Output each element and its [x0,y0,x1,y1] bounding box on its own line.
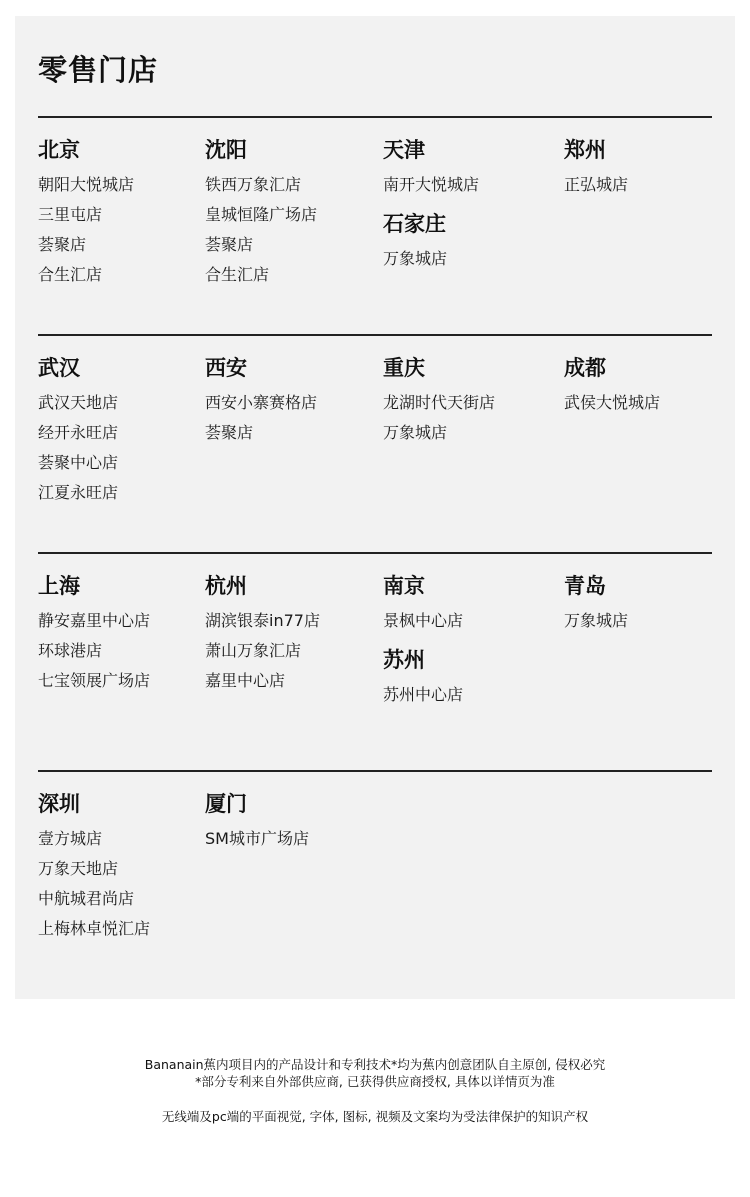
city-group-wuhan: 武汉 武汉天地店 经开永旺店 荟聚中心店 江夏永旺店 [38,354,118,508]
city-heading: 苏州 [383,646,463,674]
city-heading: 深圳 [38,790,150,818]
city-heading: 杭州 [205,572,320,600]
city-heading: 上海 [38,572,150,600]
store-item: 景枫中心店 [383,606,463,636]
city-column: 天津 南开大悦城店 石家庄 万象城店 [383,136,479,274]
city-column: 青岛 万象城店 [564,572,628,636]
city-group-chongqing: 重庆 龙湖时代天街店 万象城店 [383,354,495,448]
store-item: 万象城店 [383,244,479,274]
city-column: 沈阳 铁西万象汇店 皇城恒隆广场店 荟聚店 合生汇店 [205,136,317,290]
city-heading: 石家庄 [383,210,479,238]
city-heading: 北京 [38,136,134,164]
city-group-suzhou: 苏州 苏州中心店 [383,646,463,710]
city-column: 杭州 湖滨银泰in77店 萧山万象汇店 嘉里中心店 [205,572,320,696]
store-item: 南开大悦城店 [383,170,479,200]
store-item: 武汉天地店 [38,388,118,418]
city-heading: 青岛 [564,572,628,600]
store-item: 经开永旺店 [38,418,118,448]
store-item: 萧山万象汇店 [205,636,320,666]
city-heading: 西安 [205,354,317,382]
city-heading: 南京 [383,572,463,600]
city-column: 上海 静安嘉里中心店 环球港店 七宝领展广场店 [38,572,150,696]
city-group-qingdao: 青岛 万象城店 [564,572,628,636]
city-column: 成都 武侯大悦城店 [564,354,660,418]
city-heading: 重庆 [383,354,495,382]
section-divider [38,334,712,336]
city-group-shanghai: 上海 静安嘉里中心店 环球港店 七宝领展广场店 [38,572,150,696]
footer-line-ip: 无线端及pc端的平面视觉, 字体, 图标, 视频及文案均为受法律保护的知识产权 [0,1108,750,1125]
store-item: 万象城店 [383,418,495,448]
store-item: SM城市广场店 [205,824,309,854]
store-item: 西安小寨赛格店 [205,388,317,418]
store-item: 合生汇店 [205,260,317,290]
city-group-beijing: 北京 朝阳大悦城店 三里屯店 荟聚店 合生汇店 [38,136,134,290]
city-column: 厦门 SM城市广场店 [205,790,309,854]
store-item: 合生汇店 [38,260,134,290]
store-item: 荟聚中心店 [38,448,118,478]
store-item: 七宝领展广场店 [38,666,150,696]
store-item: 嘉里中心店 [205,666,320,696]
store-item: 苏州中心店 [383,680,463,710]
city-column: 重庆 龙湖时代天街店 万象城店 [383,354,495,448]
city-heading: 厦门 [205,790,309,818]
store-item: 万象天地店 [38,854,150,884]
city-group-tianjin: 天津 南开大悦城店 [383,136,479,200]
store-item: 三里屯店 [38,200,134,230]
store-item: 皇城恒隆广场店 [205,200,317,230]
footer-line-patent: *部分专利来自外部供应商, 已获得供应商授权, 具体以详情页为准 [0,1073,750,1090]
city-heading: 郑州 [564,136,628,164]
store-item: 正弘城店 [564,170,628,200]
store-item: 武侯大悦城店 [564,388,660,418]
store-item: 上梅林卓悦汇店 [38,914,150,944]
city-heading: 成都 [564,354,660,382]
store-item: 中航城君尚店 [38,884,150,914]
store-item: 荟聚店 [205,230,317,260]
store-item: 荟聚店 [205,418,317,448]
city-group-chengdu: 成都 武侯大悦城店 [564,354,660,418]
city-group-nanjing: 南京 景枫中心店 [383,572,463,636]
city-column: 郑州 正弘城店 [564,136,628,200]
city-group-zhengzhou: 郑州 正弘城店 [564,136,628,200]
store-item: 铁西万象汇店 [205,170,317,200]
city-heading: 武汉 [38,354,118,382]
store-item: 环球港店 [38,636,150,666]
city-column: 北京 朝阳大悦城店 三里屯店 荟聚店 合生汇店 [38,136,134,290]
city-column: 武汉 武汉天地店 经开永旺店 荟聚中心店 江夏永旺店 [38,354,118,508]
footer-notice: Bananain蕉内项目内的产品设计和专利技术*均为蕉内创意团队自主原创, 侵权… [0,1056,750,1125]
city-heading: 天津 [383,136,479,164]
city-group-shenyang: 沈阳 铁西万象汇店 皇城恒隆广场店 荟聚店 合生汇店 [205,136,317,290]
section-divider [38,116,712,118]
footer-line-copyright: Bananain蕉内项目内的产品设计和专利技术*均为蕉内创意团队自主原创, 侵权… [0,1056,750,1073]
city-group-shenzhen: 深圳 壹方城店 万象天地店 中航城君尚店 上梅林卓悦汇店 [38,790,150,944]
city-group-shijiazhuang: 石家庄 万象城店 [383,210,479,274]
city-column: 深圳 壹方城店 万象天地店 中航城君尚店 上梅林卓悦汇店 [38,790,150,944]
store-item: 荟聚店 [38,230,134,260]
store-item: 朝阳大悦城店 [38,170,134,200]
city-group-xiamen: 厦门 SM城市广场店 [205,790,309,854]
store-item: 万象城店 [564,606,628,636]
store-item: 湖滨银泰in77店 [205,606,320,636]
city-column: 西安 西安小寨赛格店 荟聚店 [205,354,317,448]
store-item: 静安嘉里中心店 [38,606,150,636]
section-divider [38,770,712,772]
city-group-xian: 西安 西安小寨赛格店 荟聚店 [205,354,317,448]
city-column: 南京 景枫中心店 苏州 苏州中心店 [383,572,463,710]
store-item: 壹方城店 [38,824,150,854]
retail-stores-panel: 零售门店 北京 朝阳大悦城店 三里屯店 荟聚店 合生汇店 沈阳 铁西万象汇店 皇… [15,16,735,999]
city-heading: 沈阳 [205,136,317,164]
store-item: 江夏永旺店 [38,478,118,508]
section-divider [38,552,712,554]
page-title: 零售门店 [38,50,158,90]
store-item: 龙湖时代天街店 [383,388,495,418]
city-group-hangzhou: 杭州 湖滨银泰in77店 萧山万象汇店 嘉里中心店 [205,572,320,696]
